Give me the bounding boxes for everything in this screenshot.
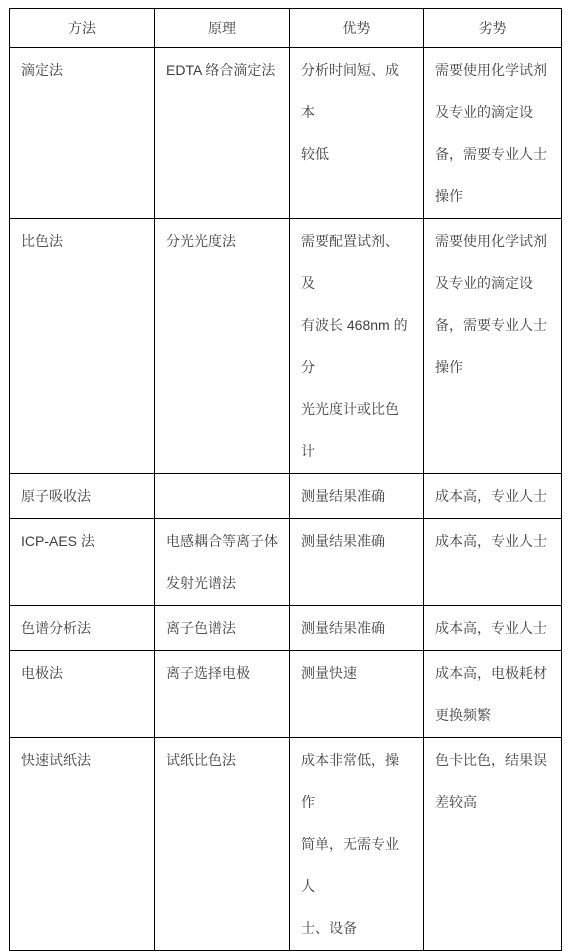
cell-advantages: 分析时间短、成本 较低 <box>290 48 424 219</box>
comparison-table: 方法 原理 优势 劣势 滴定法 EDTA 络合滴定法 分析时间短、成本 较低 需… <box>9 8 562 951</box>
cell-method: 色谱分析法 <box>10 606 155 651</box>
cell-principle: 离子色谱法 <box>155 606 290 651</box>
header-principle: 原理 <box>155 9 290 48</box>
cell-principle: 试纸比色法 <box>155 738 290 951</box>
table-row: 色谱分析法 离子色谱法 测量结果准确 成本高，专业人士 <box>10 606 562 651</box>
cell-method: 原子吸收法 <box>10 474 155 519</box>
header-row: 方法 原理 优势 劣势 <box>10 9 562 48</box>
table-row: 快速试纸法 试纸比色法 成本非常低，操作 简单，无需专业人 士、设备 色卡比色，… <box>10 738 562 951</box>
table-body: 滴定法 EDTA 络合滴定法 分析时间短、成本 较低 需要使用化学试剂 及专业的… <box>10 48 562 951</box>
cell-advantages: 测量结果准确 <box>290 606 424 651</box>
table-row: 电极法 离子选择电极 测量快速 成本高，电极耗材 更换频繁 <box>10 651 562 738</box>
cell-advantages: 成本非常低，操作 简单，无需专业人 士、设备 <box>290 738 424 951</box>
table-row: ICP-AES 法 电感耦合等离子体 发射光谱法 测量结果准确 成本高，专业人士 <box>10 519 562 606</box>
cell-disadvantages: 成本高，电极耗材 更换频繁 <box>424 651 562 738</box>
cell-advantages: 测量结果准确 <box>290 519 424 606</box>
cell-disadvantages: 成本高，专业人士 <box>424 474 562 519</box>
cell-method: 滴定法 <box>10 48 155 219</box>
header-method: 方法 <box>10 9 155 48</box>
cell-principle: 电感耦合等离子体 发射光谱法 <box>155 519 290 606</box>
header-advantages: 优势 <box>290 9 424 48</box>
document-body: 方法 原理 优势 劣势 滴定法 EDTA 络合滴定法 分析时间短、成本 较低 需… <box>9 8 562 951</box>
cell-principle: 分光光度法 <box>155 219 290 474</box>
table-row: 滴定法 EDTA 络合滴定法 分析时间短、成本 较低 需要使用化学试剂 及专业的… <box>10 48 562 219</box>
cell-advantages: 需要配置试剂、及 有波长 468nm 的分 光光度计或比色计 <box>290 219 424 474</box>
cell-disadvantages: 成本高，专业人士 <box>424 519 562 606</box>
cell-disadvantages: 需要使用化学试剂 及专业的滴定设 备，需要专业人士 操作 <box>424 219 562 474</box>
cell-method: 比色法 <box>10 219 155 474</box>
table-row: 原子吸收法 测量结果准确 成本高，专业人士 <box>10 474 562 519</box>
header-disadvantages: 劣势 <box>424 9 562 48</box>
cell-principle: 离子选择电极 <box>155 651 290 738</box>
cell-advantages: 测量快速 <box>290 651 424 738</box>
cell-disadvantages: 色卡比色，结果误 差较高 <box>424 738 562 951</box>
cell-principle <box>155 474 290 519</box>
cell-principle: EDTA 络合滴定法 <box>155 48 290 219</box>
cell-advantages: 测量结果准确 <box>290 474 424 519</box>
cell-disadvantages: 成本高，专业人士 <box>424 606 562 651</box>
cell-method: ICP-AES 法 <box>10 519 155 606</box>
cell-disadvantages: 需要使用化学试剂 及专业的滴定设 备，需要专业人士 操作 <box>424 48 562 219</box>
table-header: 方法 原理 优势 劣势 <box>10 9 562 48</box>
cell-method: 快速试纸法 <box>10 738 155 951</box>
table-row: 比色法 分光光度法 需要配置试剂、及 有波长 468nm 的分 光光度计或比色计… <box>10 219 562 474</box>
cell-method: 电极法 <box>10 651 155 738</box>
